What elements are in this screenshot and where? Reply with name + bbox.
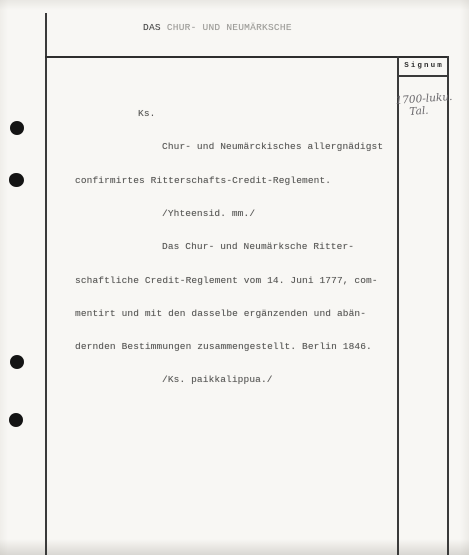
catalog-card-scan: DAS CHUR- UND NEUMÄRKSCHE Signum 1700-lu… bbox=[0, 0, 469, 555]
card-border-left bbox=[45, 13, 47, 555]
punch-hole bbox=[10, 121, 24, 135]
card-border-right bbox=[447, 56, 449, 555]
page-title: DAS CHUR- UND NEUMÄRKSCHE bbox=[143, 22, 292, 33]
punch-hole bbox=[9, 413, 23, 427]
typed-line: Chur- und Neumärckisches allergnädigst bbox=[75, 141, 405, 152]
punch-hole bbox=[10, 355, 24, 369]
typed-line: dernden Bestimmungen zusammengestellt. B… bbox=[75, 341, 405, 352]
signum-column-header: Signum bbox=[398, 57, 448, 74]
signum-header-divider bbox=[397, 75, 449, 77]
typed-line: /Yhteensid. mm./ bbox=[75, 208, 405, 219]
typed-line: confirmirtes Ritterschafts-Credit-Reglem… bbox=[75, 175, 405, 186]
typed-line: mentirt und mit den dasselbe ergänzenden… bbox=[75, 308, 405, 319]
typed-line: Ks. bbox=[75, 108, 405, 119]
typed-line: schaftliche Credit-Reglement vom 14. Jun… bbox=[75, 275, 405, 286]
card-border-top bbox=[45, 56, 449, 58]
catalog-entry-text: Ks. Chur- und Neumärckisches allergnädig… bbox=[75, 86, 405, 408]
page-title-prefix: DAS bbox=[143, 22, 167, 33]
punch-hole bbox=[9, 173, 24, 187]
page-title-rest: CHUR- UND NEUMÄRKSCHE bbox=[167, 22, 292, 33]
typed-line: /Ks. paikkalippua./ bbox=[75, 374, 405, 385]
typed-line: Das Chur- und Neumärksche Ritter- bbox=[75, 241, 405, 252]
